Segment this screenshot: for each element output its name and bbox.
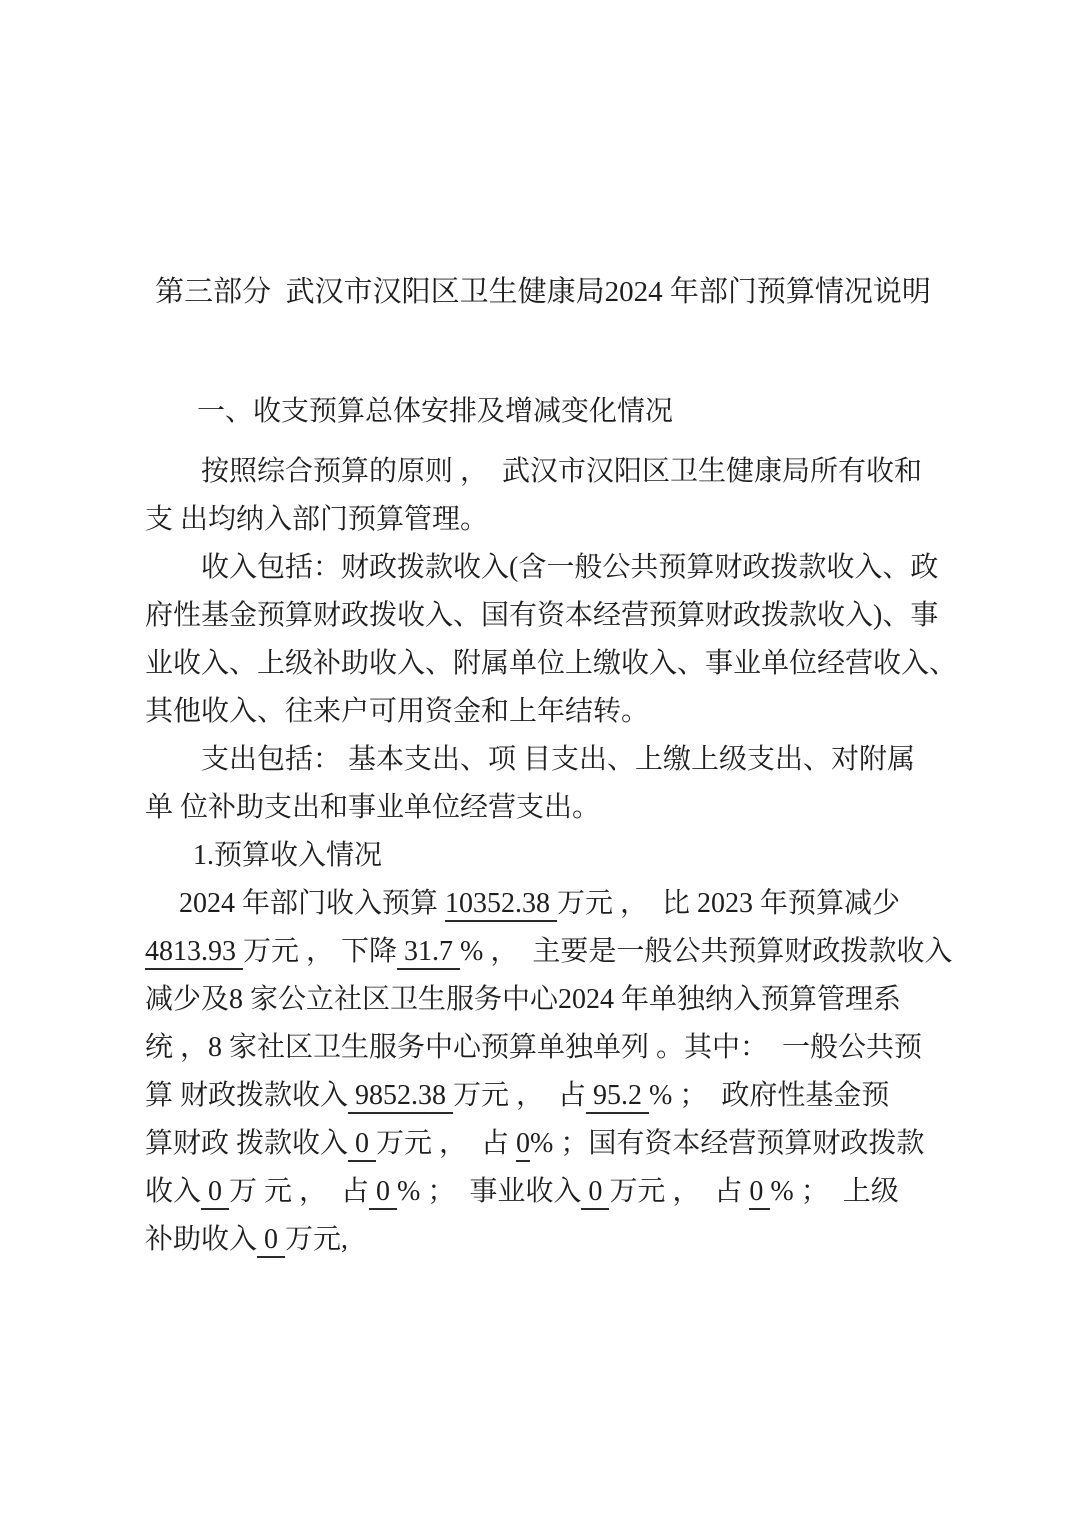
text-segment: 算财政 拨款收入 <box>145 1128 348 1159</box>
text-segment: % ；国有资本经营预算财政拨款 <box>530 1128 924 1159</box>
text-segment: 收入 <box>145 1176 201 1207</box>
budget-document-page: 第三部分 武汉市汉阳区卫生健康局2024 年部门预算情况说明 一、收支预算总体安… <box>0 0 1074 1520</box>
document-content: 第三部分 武汉市汉阳区卫生健康局2024 年部门预算情况说明 一、收支预算总体安… <box>145 0 941 1264</box>
underlined-value-business-income: 0 <box>581 1176 609 1210</box>
text-line: 业收入、上级补助收入、附属单位上缴收入、事业单位经营收入、 <box>145 640 941 688</box>
text-line: 单 位补助支出和事业单位经营支出。 <box>145 784 941 832</box>
text-segment: 补助收入 <box>145 1224 257 1255</box>
subsection-heading: 1.预算收入情况 <box>145 832 941 880</box>
text-line: 算财政 拨款收入 0 万元 ， 占 0% ；国有资本经营预算财政拨款 <box>145 1120 941 1168</box>
text-segment: % ； 政府性基金预 <box>649 1080 889 1111</box>
underlined-value-decrease-amount: 4813.93 <box>145 936 243 970</box>
text-line: 按照综合预算的原则 ， 武汉市汉阳区卫生健康局所有收和 <box>145 448 941 496</box>
underlined-value-decrease-percent: 31.7 <box>397 936 460 970</box>
text-segment: 万元 ， 比 2023 年预算减少 <box>557 888 900 919</box>
text-line: 算 财政拨款收入 9852.38 万元 ， 占 95.2 % ； 政府性基金预 <box>145 1072 941 1120</box>
underlined-value-fund-income: 0 <box>348 1128 376 1162</box>
underlined-value-capital-percent: 0 <box>369 1176 397 1210</box>
text-segment: 万元 ， 占 <box>609 1176 749 1207</box>
text-line: 减少及8 家公立社区卫生服务中心2024 年单独纳入预算管理系 <box>145 976 941 1024</box>
section-heading: 一、收支预算总体安排及增减变化情况 <box>145 388 941 436</box>
text-line: 府性基金预算财政拨收入、国有资本经营预算财政拨款收入)、事 <box>145 592 941 640</box>
text-line: 支出包括： 基本支出、项 目支出、上缴上级支出、对附属 <box>145 736 941 784</box>
text-segment: 算 财政拨款收入 <box>145 1080 348 1111</box>
text-line: 4813.93 万元 ， 下降 31.7 % ， 主要是一般公共预算财政拨款收入 <box>145 928 941 976</box>
text-segment: 万 元 ， 占 <box>229 1176 369 1207</box>
text-segment: 万元 ， 占 <box>376 1128 516 1159</box>
text-line: 其他收入、往来户可用资金和上年结转。 <box>145 688 941 736</box>
underlined-value-total-income: 10352.38 <box>445 888 557 922</box>
text-line: 2024 年部门收入预算 10352.38 万元 ， 比 2023 年预算减少 <box>145 880 941 928</box>
document-body: 按照综合预算的原则 ， 武汉市汉阳区卫生健康局所有收和 支 出均纳入部门预算管理… <box>145 448 941 1264</box>
text-segment: 万元, <box>285 1224 348 1255</box>
text-segment: % ； 上级 <box>770 1176 898 1207</box>
document-title: 第三部分 武汉市汉阳区卫生健康局2024 年部门预算情况说明 <box>145 268 941 316</box>
underlined-value-capital-income: 0 <box>201 1176 229 1210</box>
text-segment: 2024 年部门收入预算 <box>179 888 445 919</box>
underlined-value-public-budget-income: 9852.38 <box>348 1080 453 1114</box>
underlined-value-superior-subsidy-income: 0 <box>257 1224 285 1258</box>
text-line: 补助收入 0 万元, <box>145 1216 941 1264</box>
text-line: 收入包括：财政拨款收入(含一般公共预算财政拨款收入、政 <box>145 544 941 592</box>
text-line: 收入 0 万 元 ， 占 0 % ； 事业收入 0 万元 ， 占 0 % ； 上… <box>145 1168 941 1216</box>
text-line: 支 出均纳入部门预算管理。 <box>145 496 941 544</box>
text-segment: % ； 事业收入 <box>397 1176 581 1207</box>
underlined-value-fund-percent: 0 <box>516 1128 530 1162</box>
underlined-value-public-budget-percent: 95.2 <box>586 1080 649 1114</box>
text-segment: 万元 ， 下降 <box>243 936 397 967</box>
text-segment: 万元 ， 占 <box>453 1080 586 1111</box>
underlined-value-business-percent: 0 <box>749 1176 770 1210</box>
text-segment: % ， 主要是一般公共预算财政拨款收入 <box>460 936 952 967</box>
text-line: 统 ，8 家社区卫生服务中心预算单独单列 。其中： 一般公共预 <box>145 1024 941 1072</box>
